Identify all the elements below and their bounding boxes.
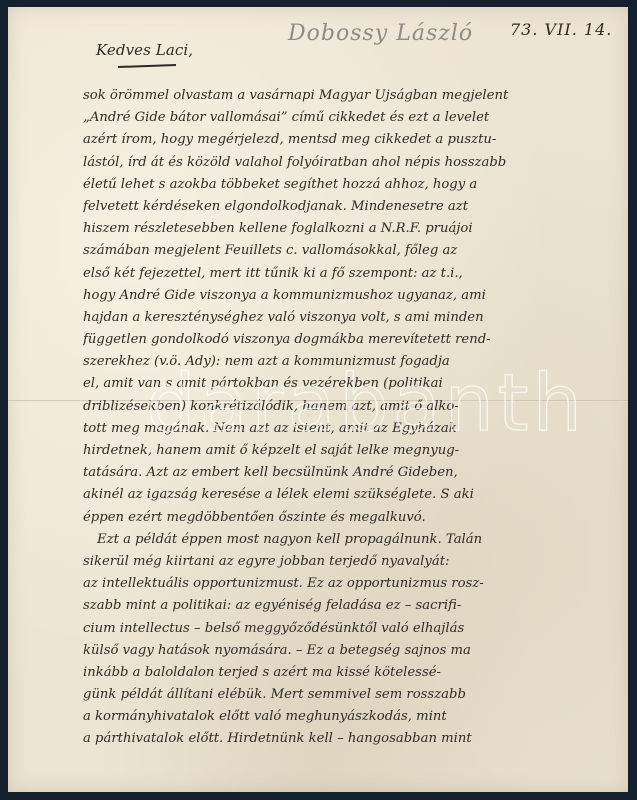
letter-line: azért írom, hogy megérjelezd, mentsd meg…	[83, 129, 637, 151]
letter-line: hiszem részletesebben kellene foglalkozn…	[83, 218, 637, 240]
letter-line: „André Gide bátor vallomásai” című cikke…	[83, 107, 637, 129]
letter-line: életű lehet s azokba többeket segíthet h…	[83, 174, 637, 196]
letter-line: felvetett kérdéseken elgondolkodjanak. M…	[83, 196, 637, 218]
letter-line: sok örömmel olvastam a vasárnapi Magyar …	[83, 85, 637, 107]
letter-line: hogy André Gide viszonya a kommunizmusho…	[83, 285, 637, 307]
letter-line: független gondolkodó viszonya dogmákba m…	[83, 329, 637, 351]
salutation: Kedves Laci,	[96, 41, 193, 59]
letter-line: tott meg magának. Nem azt az istent, ami…	[83, 418, 637, 440]
letter-line: inkább a baloldalon terjed s azért ma ki…	[83, 662, 637, 684]
letter-line: sikerül még kiirtani az egyre jobban ter…	[83, 551, 637, 573]
pencil-annotation-name: Dobossy László	[288, 21, 473, 46]
letter-line: külső vagy hatások nyomására. – Ez a bet…	[83, 640, 637, 662]
salutation-underline	[118, 64, 176, 68]
letter-line: tatására. Azt az embert kell becsülnünk …	[83, 462, 637, 484]
letter-line: szerekhez (v.ö. Ady): nem azt a kommuniz…	[83, 351, 637, 373]
letter-line: éppen ezért megdöbbentően őszinte és meg…	[83, 507, 637, 529]
letter-line: az intellektuális opportunizmust. Ez az …	[83, 573, 637, 595]
letter-date: 73. VII. 14.	[510, 20, 612, 39]
letter-line: cium intellectus – belső meggyőződésünkt…	[83, 618, 637, 640]
letter-line: lástól, írd át és közöld valahol folyóir…	[83, 152, 637, 174]
letter-body: sok örömmel olvastam a vasárnapi Magyar …	[83, 85, 637, 751]
letter-line: el, amit van s amit pártokban és vezérek…	[83, 373, 637, 395]
letter-line: akinél az igazság keresése a lélek elemi…	[83, 484, 637, 506]
letter-line: hajdan a kereszténységhez való viszonya …	[83, 307, 637, 329]
letter-paper: Dobossy László 73. VII. 14. Kedves Laci,…	[8, 7, 628, 792]
letter-line: első két fejezettel, mert itt tűnik ki a…	[83, 263, 637, 285]
letter-line: számában megjelent Feuillets c. vallomás…	[83, 240, 637, 262]
letter-line: driblizésekben) konkrétizálódik, hanem a…	[83, 396, 637, 418]
letter-line: hirdetnek, hanem amit ő képzelt el saját…	[83, 440, 637, 462]
letter-line: günk példát állítani elébük. Mert semmiv…	[83, 684, 637, 706]
letter-line: Ezt a példát éppen most nagyon kell prop…	[83, 529, 637, 551]
letter-line: a párthivatalok előtt. Hirdetnünk kell –…	[83, 728, 637, 750]
letter-line: a kormányhivatalok előtt való meghunyász…	[83, 706, 637, 728]
letter-line: szabb mint a politikai: az egyéniség fel…	[83, 595, 637, 617]
